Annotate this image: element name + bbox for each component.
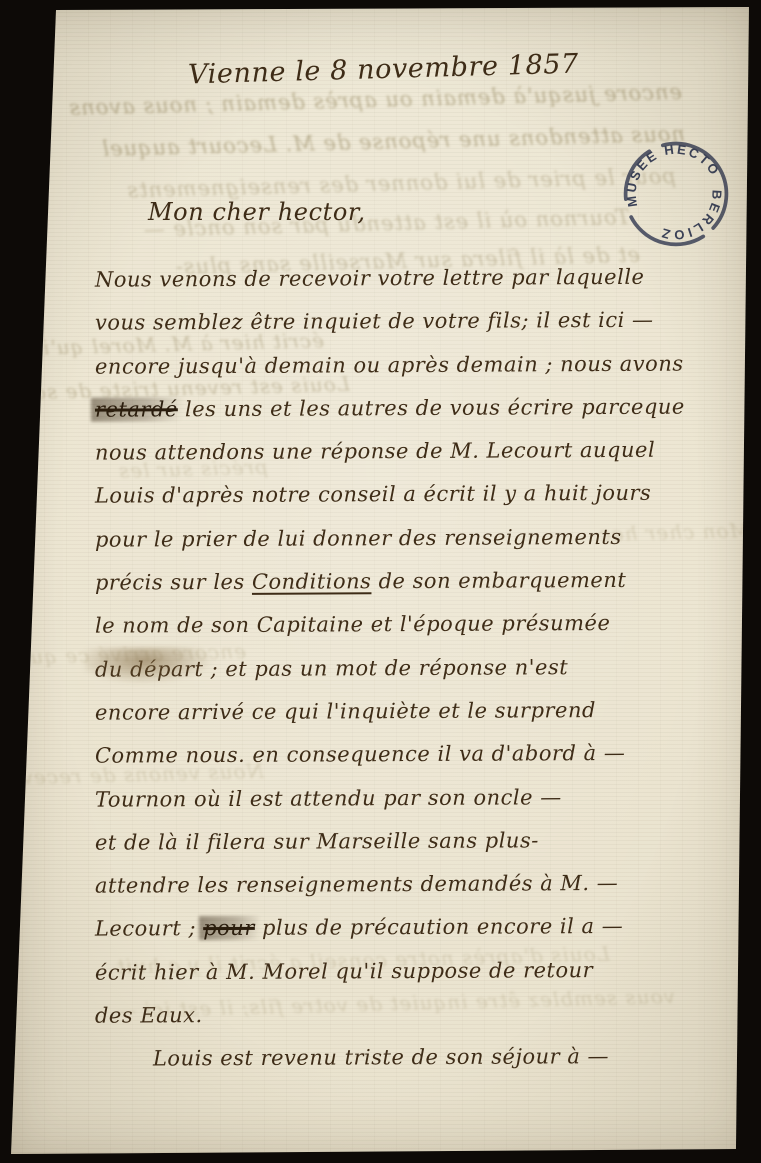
- letter-segment: encore arrivé ce qui l'inquiète et le su…: [95, 698, 596, 725]
- showthrough-line: Louis est revenu triste de son séjour à …: [20, 372, 351, 405]
- museum-stamp: MUSEE HECTOR BERLIOZ: [599, 117, 753, 271]
- letter-line: retardé les uns et les autres de vous éc…: [95, 394, 735, 441]
- letter-line: nous attendons une réponse de M. Lecourt…: [95, 438, 735, 485]
- letter-segment: plus de précaution encore il a —: [255, 914, 623, 940]
- letter-segment: Lecourt ;: [95, 917, 203, 942]
- letter-segment-strike: pour: [203, 916, 255, 940]
- letter-segment: pour le prier de lui donner des renseign…: [95, 525, 622, 552]
- letter-segment: ; et pas un mot de réponse n'est: [203, 655, 568, 681]
- showthrough-line: et de là il filera sur Marseille sans pl…: [80, 243, 640, 282]
- svg-text:BERLIOZ: BERLIOZ: [650, 183, 738, 256]
- letter-segment: et de là il filera sur Marseille sans pl…: [95, 828, 539, 854]
- letter-line: encore arrivé ce qui l'inquiète et le su…: [95, 697, 735, 744]
- letter-line: du départ ; et pas un mot de réponse n'e…: [95, 654, 735, 701]
- showthrough-line: nous attendons une réponse de M. Lecourt…: [55, 122, 685, 162]
- letter-segment-smudge: du départ: [95, 657, 204, 682]
- showthrough-line: Nous venons de recevoir votre lettre par…: [24, 759, 265, 789]
- letter-line: et de là il filera sur Marseille sans pl…: [95, 827, 735, 874]
- letter-segment: Louis est revenu triste de son séjour à …: [153, 1044, 609, 1070]
- letter-segment: le nom de son Capitaine et l'époque prés…: [95, 611, 611, 638]
- svg-text:MUSEE HECTOR: MUSEE HECTOR: [599, 117, 723, 232]
- letter-segment: encore jusqu'à demain ou après demain ; …: [95, 351, 684, 378]
- stamp-text-bottom: BERLIOZ: [650, 183, 738, 256]
- letter-segment: attendre les renseignements demandés à M…: [95, 871, 618, 898]
- letter-body: Nous venons de recevoir votre lettre par…: [95, 266, 735, 1089]
- letter-line: Lecourt ; pour plus de précaution encore…: [95, 914, 735, 961]
- letter-segment-strike: retardé: [95, 397, 178, 421]
- letter-line: des Eaux.: [95, 1000, 735, 1047]
- letter-line: Louis d'après notre conseil a écrit il y…: [95, 481, 735, 528]
- letter-segment: Nous venons de recevoir votre lettre par…: [95, 265, 645, 292]
- paper-sheet: encore jusqu'à demain ou après demain ; …: [0, 0, 761, 1163]
- letter-line: encore jusqu'à demain ou après demain ; …: [95, 351, 735, 398]
- letter-segment: Louis d'après notre conseil a écrit il y…: [95, 481, 651, 508]
- letter-line: vous semblez être inquiet de votre fils;…: [95, 308, 735, 355]
- showthrough-line: Tournon où il est attendu par son oncle …: [90, 205, 630, 243]
- letter-segment: nous attendons une réponse de M. Lecourt…: [95, 438, 655, 465]
- letter-line: Comme nous. en consequence il va d'abord…: [95, 741, 735, 788]
- letter-segment: écrit hier à M. Morel qu'il suppose de r…: [95, 958, 593, 985]
- letter-segment: des Eaux.: [95, 1003, 203, 1028]
- letter-scan: encore jusqu'à demain ou après demain ; …: [0, 0, 761, 1163]
- letter-line: Louis est revenu triste de son séjour à …: [153, 1044, 735, 1090]
- letter-line: précis sur les Conditions de son embarqu…: [95, 567, 735, 614]
- letter-segment-underline: Conditions: [252, 569, 372, 594]
- letter-line: Nous venons de recevoir votre lettre par…: [95, 264, 735, 311]
- letter-line: le nom de son Capitaine et l'époque prés…: [95, 611, 735, 658]
- showthrough-line: encore jusqu'à demain ou après demain ; …: [62, 80, 682, 120]
- date-line: Vienne le 8 novembre 1857: [188, 49, 580, 91]
- showthrough-line: précis sur les: [18, 455, 269, 486]
- letter-segment: les uns et les autres de vous écrire par…: [178, 394, 685, 421]
- letter-line: pour le prier de lui donner des renseign…: [95, 524, 735, 571]
- showthrough-line: vous semblez être inquiet de votre fils;…: [55, 984, 675, 1024]
- showthrough-line: écrit hier à M. Morel qu'il suppose de r…: [24, 328, 325, 360]
- letter-segment: Comme nous. en consequence il va d'abord…: [95, 741, 625, 768]
- letter-line: Tournon où il est attendu par son oncle …: [95, 784, 735, 831]
- letter-line: écrit hier à M. Morel qu'il suppose de r…: [95, 957, 735, 1004]
- letter-segment: vous semblez être inquiet de votre fils;…: [95, 308, 654, 335]
- showthrough-line: Mon cher hector,: [600, 518, 751, 546]
- showthrough-line: encore arrivé ce qui l'inquiète et le su…: [16, 639, 247, 669]
- stamp-ring: [607, 125, 746, 264]
- showthrough-line: Louis d'après notre conseil a écrit il y…: [110, 941, 610, 978]
- stamp-text-top: MUSEE HECTOR: [599, 117, 723, 232]
- letter-segment: de son embarquement: [371, 568, 626, 593]
- letter-segment: Tournon où il est attendu par son oncle …: [95, 785, 562, 811]
- letter-line: attendre les renseignements demandés à M…: [95, 870, 735, 917]
- letter-segment: précis sur les: [95, 570, 252, 595]
- showthrough-line: pour le prier de lui donner des renseign…: [66, 164, 676, 204]
- salutation: Mon cher hector,: [148, 198, 366, 226]
